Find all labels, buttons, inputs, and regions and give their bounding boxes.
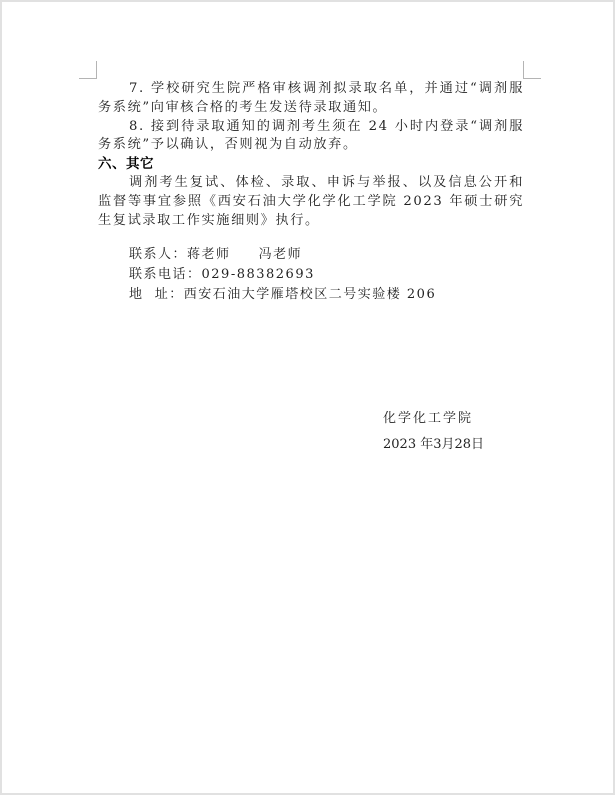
signature-organization: 化学化工学院: [383, 406, 484, 432]
list-item-7: 7. 学校研究生院严格审核调剂拟录取名单，并通过“调剂服务系统”向审核合格的考生…: [98, 80, 524, 118]
contact-address: 地 址：西安石油大学雁塔校区二号实验楼 206: [129, 285, 436, 305]
margin-corner-mark-top-left: [79, 61, 97, 79]
signature-date: 2023 年3月28日: [383, 432, 484, 458]
contact-phone: 联系电话：029-88382693: [129, 265, 436, 285]
section-heading: 六、其它: [98, 155, 524, 174]
document-body: 7. 学校研究生院严格审核调剂拟录取名单，并通过“调剂服务系统”向审核合格的考生…: [98, 80, 524, 230]
margin-corner-mark-top-right: [523, 61, 541, 79]
contact-block: 联系人：蒋老师 冯老师 联系电话：029-88382693 地 址：西安石油大学…: [129, 245, 436, 305]
contact-person: 联系人：蒋老师 冯老师: [129, 245, 436, 265]
document-page: 7. 学校研究生院严格审核调剂拟录取名单，并通过“调剂服务系统”向审核合格的考生…: [0, 0, 615, 795]
section-paragraph: 调剂考生复试、体检、录取、申诉与举报、以及信息公开和监督等事宜参照《西安石油大学…: [98, 174, 524, 230]
list-item-8: 8. 接到待录取通知的调剂考生须在 24 小时内登录“调剂服务系统”予以确认，否…: [98, 118, 524, 156]
signature-block: 化学化工学院 2023 年3月28日: [383, 406, 484, 458]
